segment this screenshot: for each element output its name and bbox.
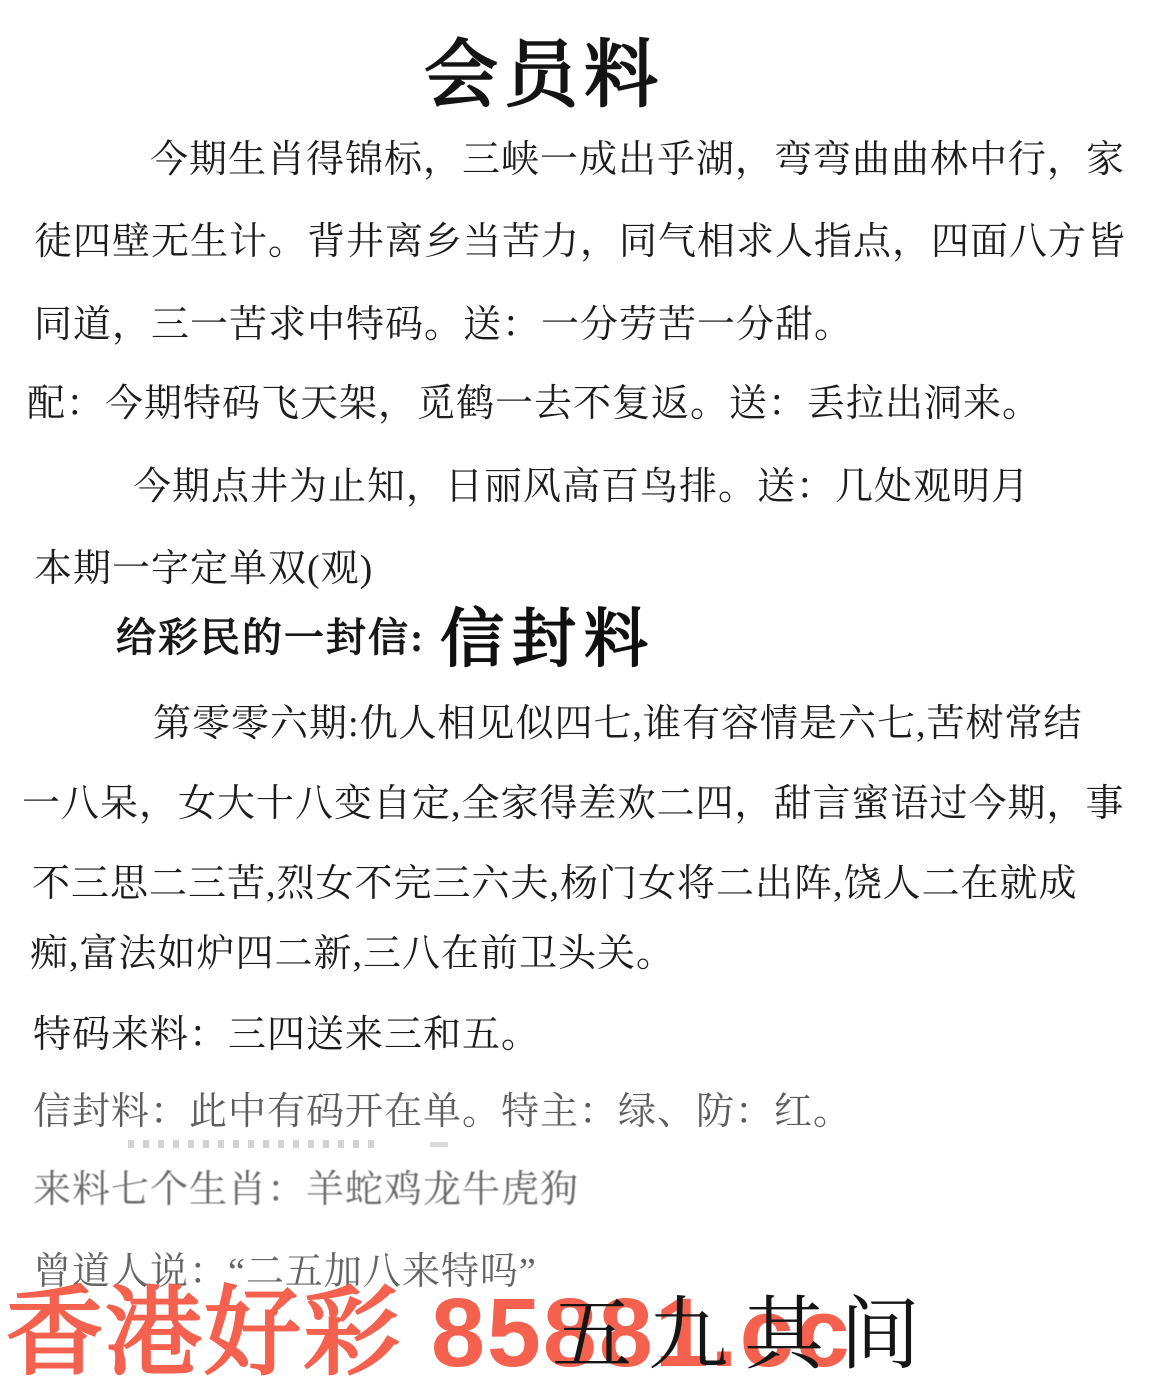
envelope-header-label: 给彩民的一封信: xyxy=(116,606,425,663)
envelope-line: 特码来料：三四送来三和五。 xyxy=(33,1003,540,1058)
envelope-section-title: 信封料 xyxy=(440,588,656,680)
member-line: 徒四壁无生计。背井离乡当苦力，同气相求人指点，四面八方皆 xyxy=(34,210,1126,265)
member-line: 配：今期特码飞天架，觅鹤一去不复返。送：丢拉出洞来。 xyxy=(27,372,1041,427)
envelope-line: 来料七个生肖：羊蛇鸡龙牛虎狗 xyxy=(33,1158,579,1213)
envelope-line: 不三思二三苦,烈女不完三六夫,杨门女将二出阵,饶人二在就成 xyxy=(32,852,1078,907)
member-line: 同道，三一苦求中特码。送：一分劳苦一分甜。 xyxy=(34,293,853,348)
envelope-line: 一八呆，女大十八变自定,全家得差欢二四，甜言蜜语过今期，事 xyxy=(22,772,1125,827)
envelope-line: 第零零六期:仇人相见似四七,谁有容情是六七,苦树常结 xyxy=(153,692,1083,747)
page-title: 会员料 xyxy=(424,16,664,122)
scanned-tip-sheet: 会员料 今期生肖得锦标，三峡一成出乎湖，弯弯曲曲林中行，家 徒四壁无生计。背井离… xyxy=(0,0,1154,1388)
member-line: 今期生肖得锦标，三峡一成出乎湖，弯弯曲曲林中行，家 xyxy=(150,128,1125,183)
watermark: 香港好彩 85881.cc 五九其间 xyxy=(0,1284,1154,1388)
scan-artifact xyxy=(430,1142,448,1147)
envelope-line: 痴,富法如炉四二新,三八在前卫头关。 xyxy=(30,922,675,977)
scan-artifact xyxy=(128,1140,378,1148)
member-line: 今期点井为止知，日丽风高百鸟排。送：几处观明月 xyxy=(133,455,1030,510)
member-line: 本期一字定单双(观) xyxy=(34,537,373,592)
watermark-overlay-text: 五九其间 xyxy=(552,1296,936,1376)
envelope-line: 信封料：此中有码开在单。特主：绿、防：红。 xyxy=(33,1080,852,1135)
